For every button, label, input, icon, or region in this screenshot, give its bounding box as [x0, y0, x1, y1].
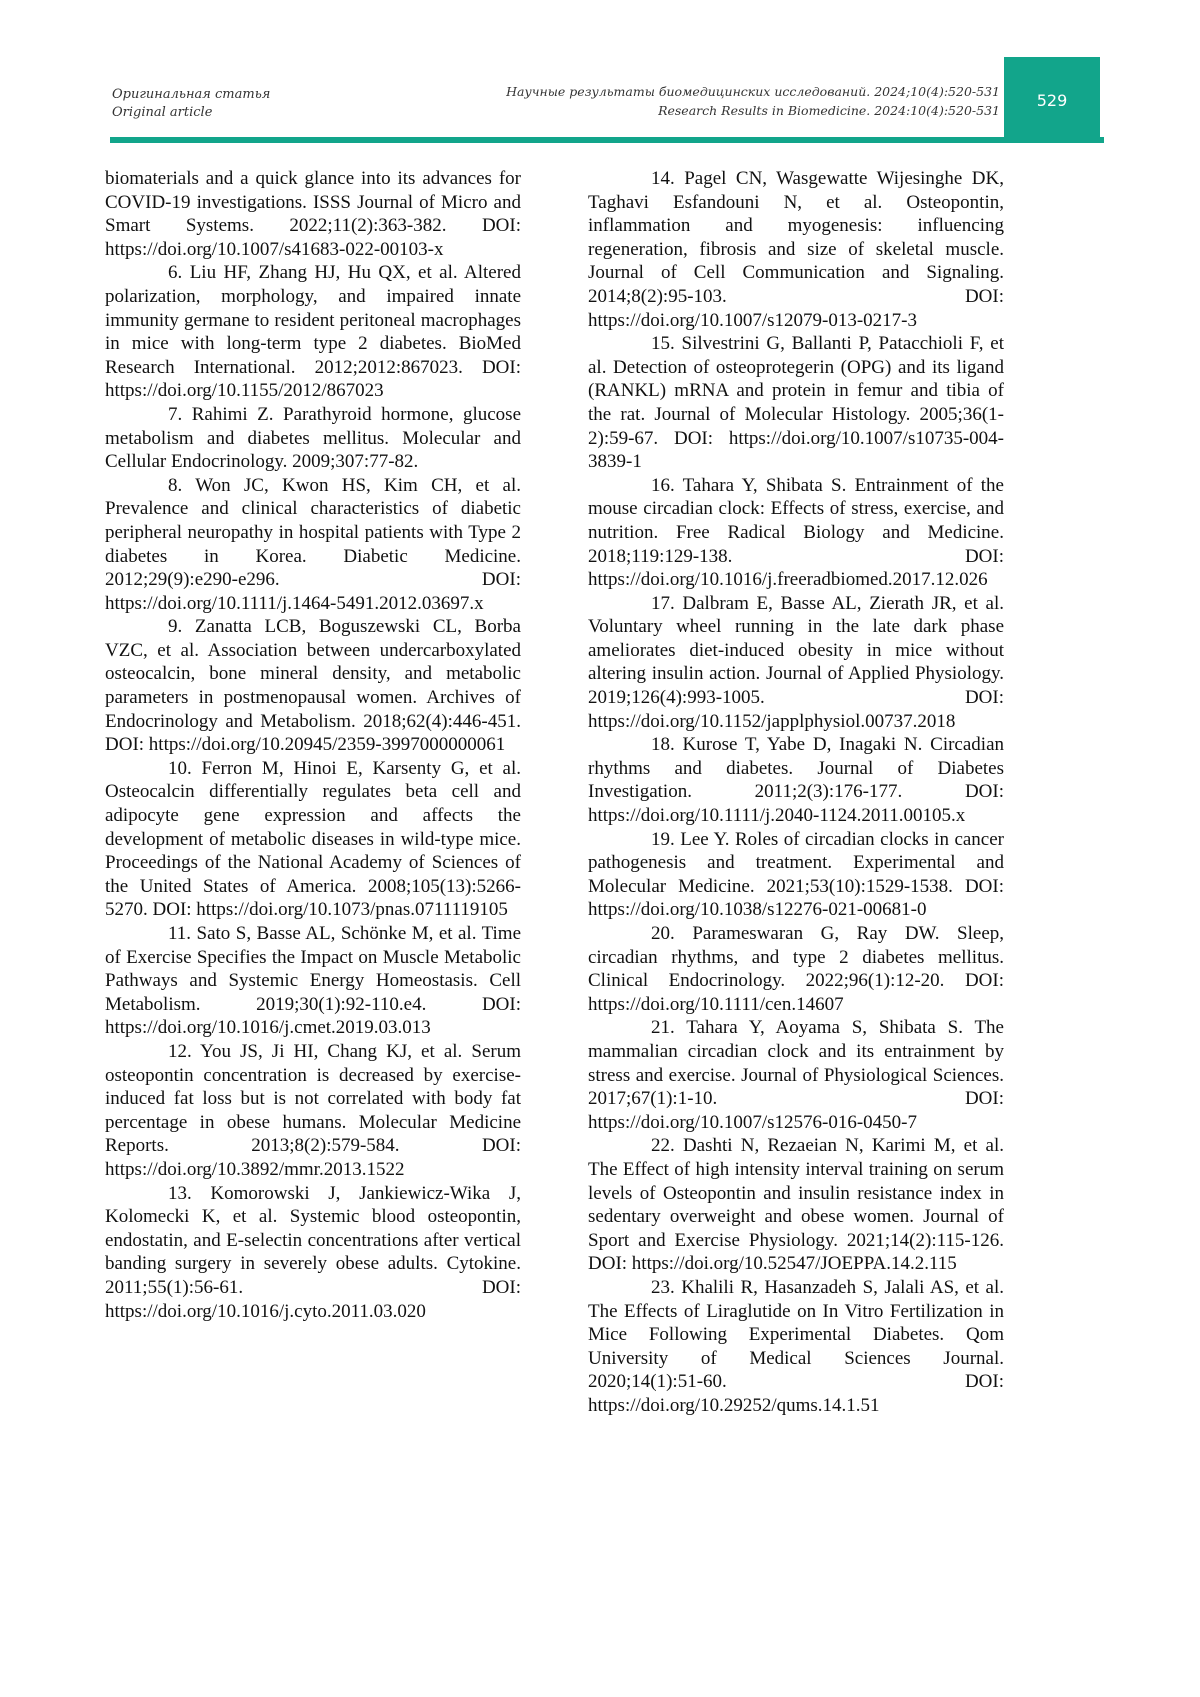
reference-number: 7.: [105, 403, 182, 427]
reference-number: 6.: [105, 261, 182, 285]
journal-citation-en: Research Results in Biomedicine. 2024:10…: [506, 101, 1000, 120]
running-header-left: Оригинальная статья Original article: [112, 86, 270, 122]
reference-item: 18. Kurose T, Yabe D, Inagaki N. Circadi…: [588, 733, 1004, 827]
reference-item: 21. Tahara Y, Aoyama S, Shibata S. The m…: [588, 1016, 1004, 1134]
reference-item: biomaterials and a quick glance into its…: [105, 167, 521, 261]
reference-item: 6. Liu HF, Zhang HJ, Hu QX, et al. Alter…: [105, 261, 521, 403]
reference-item: 22. Dashti N, Rezaeian N, Karimi M, et a…: [588, 1134, 1004, 1276]
reference-number: 16.: [588, 474, 675, 498]
reference-item: 20. Parameswaran G, Ray DW. Sleep, circa…: [588, 922, 1004, 1016]
reference-number: 19.: [588, 828, 675, 852]
reference-text: biomaterials and a quick glance into its…: [105, 168, 521, 260]
section-label-en: Original article: [112, 104, 270, 122]
page-number-badge: 529: [1004, 57, 1100, 143]
reference-item: 14. Pagel CN, Wasgewatte Wijesinghe DK, …: [588, 167, 1004, 332]
reference-number: 17.: [588, 592, 675, 616]
section-label-ru: Оригинальная статья: [112, 86, 270, 104]
reference-item: 16. Tahara Y, Shibata S. Entrainment of …: [588, 474, 1004, 592]
reference-number: 18.: [588, 733, 675, 757]
reference-number: 8.: [105, 474, 182, 498]
reference-number: 11.: [105, 922, 191, 946]
reference-item: 12. You JS, Ji HI, Chang KJ, et al. Seru…: [105, 1040, 521, 1182]
reference-number: 14.: [588, 167, 675, 191]
header-divider: [110, 137, 1104, 143]
reference-item: 10. Ferron M, Hinoi E, Karsenty G, et al…: [105, 757, 521, 922]
reference-text: Ferron M, Hinoi E, Karsenty G, et al. Os…: [105, 758, 521, 921]
page-number: 529: [1037, 91, 1068, 110]
references-left-column: biomaterials and a quick glance into its…: [105, 167, 521, 1323]
reference-item: 23. Khalili R, Hasanzadeh S, Jalali AS, …: [588, 1276, 1004, 1418]
reference-item: 17. Dalbram E, Basse AL, Zierath JR, et …: [588, 592, 1004, 734]
reference-number: 9.: [105, 615, 182, 639]
reference-item: 7. Rahimi Z. Parathyroid hormone, glucos…: [105, 403, 521, 474]
reference-number: 21.: [588, 1016, 675, 1040]
reference-number: 22.: [588, 1134, 675, 1158]
reference-number: 23.: [588, 1276, 675, 1300]
reference-item: 19. Lee Y. Roles of circadian clocks in …: [588, 828, 1004, 922]
reference-number: 20.: [588, 922, 675, 946]
reference-number: 12.: [105, 1040, 192, 1064]
references-right-column: 14. Pagel CN, Wasgewatte Wijesinghe DK, …: [588, 167, 1004, 1417]
reference-item: 11. Sato S, Basse AL, Schönke M, et al. …: [105, 922, 521, 1040]
reference-number: 10.: [105, 757, 192, 781]
reference-text: Pagel CN, Wasgewatte Wijesinghe DK, Tagh…: [588, 168, 1004, 331]
reference-number: 15.: [588, 332, 675, 356]
reference-number: 13.: [105, 1182, 192, 1206]
reference-item: 9. Zanatta LCB, Boguszewski CL, Borba VZ…: [105, 615, 521, 757]
journal-citation-ru: Научные результаты биомедицинских исслед…: [506, 82, 1000, 101]
reference-item: 15. Silvestrini G, Ballanti P, Patacchio…: [588, 332, 1004, 474]
running-header-right: Научные результаты биомедицинских исслед…: [506, 82, 1000, 120]
reference-item: 13. Komorowski J, Jankiewicz-Wika J, Kol…: [105, 1182, 521, 1324]
reference-item: 8. Won JC, Kwon HS, Kim CH, et al. Preva…: [105, 474, 521, 616]
